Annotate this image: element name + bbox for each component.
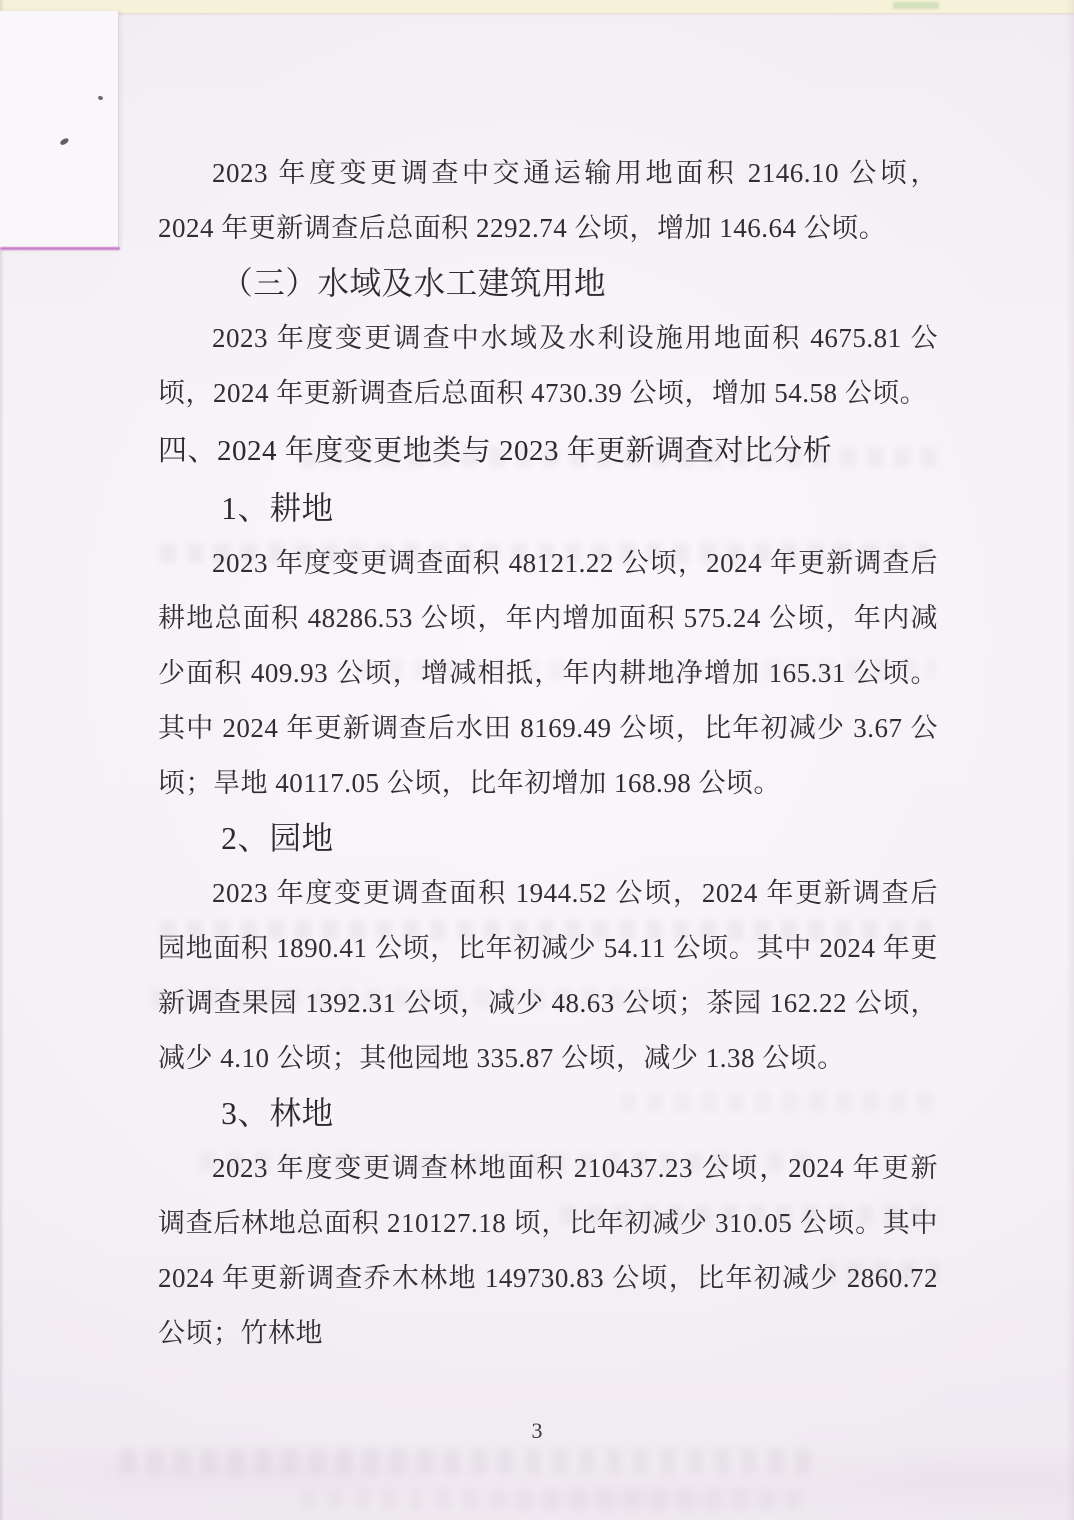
heading-section-four: 四、2024 年度变更地类与 2023 年更新调查对比分析 [158,421,938,481]
scan-mottle [0,1440,1074,1520]
page-right-edge-shadow [1066,0,1074,1520]
heading-garden-land: 2、园地 [158,811,938,866]
magenta-edge-line [0,247,120,250]
overlapping-sheet-corner [0,11,119,250]
paragraph-cropland: 2023 年度变更调查面积 48121.22 公顷，2024 年更新调查后耕地总… [158,536,938,811]
scan-green-artifact [893,2,939,9]
heading-water-land: （三）水域及水工建筑用地 [158,256,938,311]
heading-forest-land: 3、林地 [158,1086,938,1141]
scanner-top-band [0,0,1074,13]
document-body: 2023 年度变更调查中交通运输用地面积 2146.10 公顷， 2024 年更… [158,146,938,1361]
page-number: 3 [0,1418,1074,1444]
scanned-document-page: 2023 年度变更调查中交通运输用地面积 2146.10 公顷， 2024 年更… [0,0,1074,1520]
paragraph-forest-land: 2023 年度变更调查林地面积 210437.23 公顷，2024 年更新调查后… [158,1141,938,1361]
paragraph-water-land: 2023 年度变更调查中水域及水利设施用地面积 4675.81 公顷，2024 … [158,311,938,421]
paragraph-transport-land: 2023 年度变更调查中交通运输用地面积 2146.10 公顷， 2024 年更… [158,146,938,256]
paragraph-garden-land: 2023 年度变更调查面积 1944.52 公顷，2024 年更新调查后园地面积… [158,866,938,1086]
heading-cropland: 1、耕地 [158,481,938,536]
